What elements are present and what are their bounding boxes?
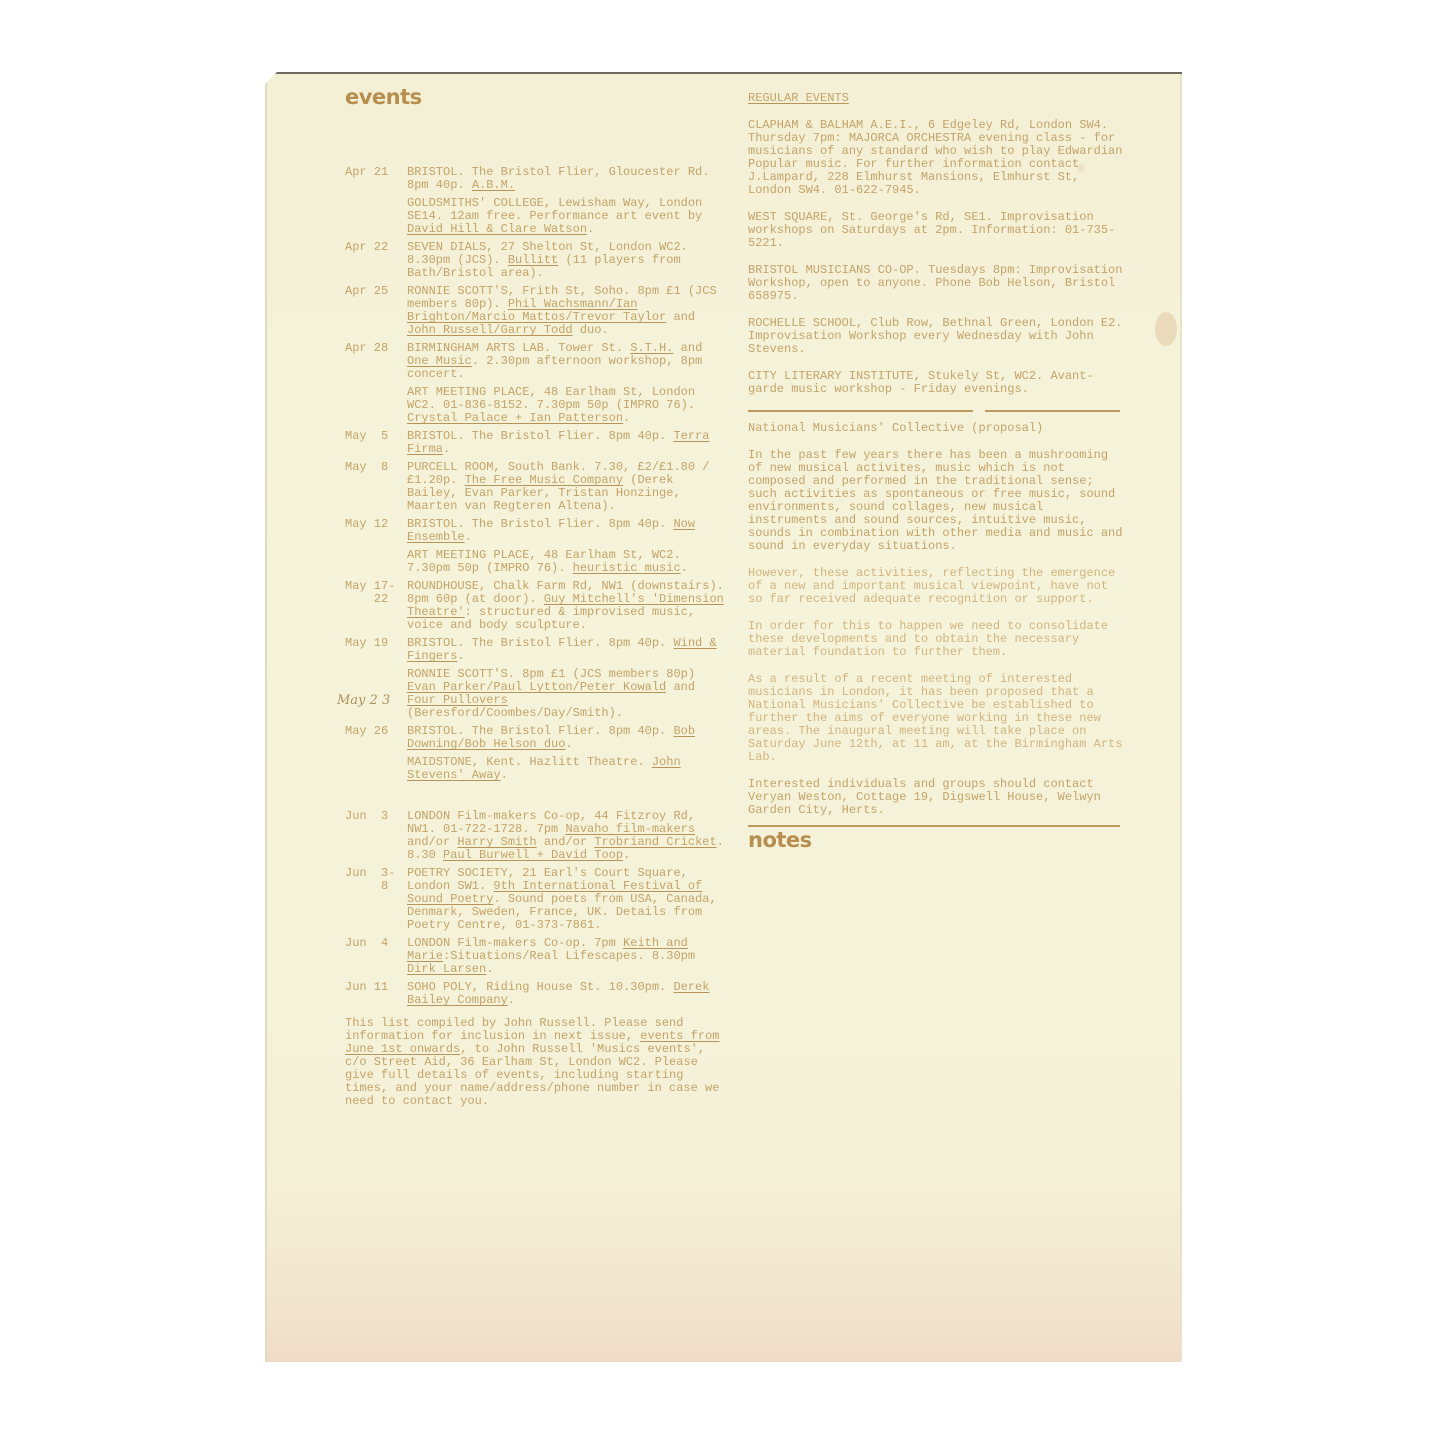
event-date: May 19	[345, 637, 407, 663]
event-date: Jun 4	[345, 937, 407, 976]
performer-name: John Russell/Garry Todd	[407, 323, 573, 337]
event-text: .	[565, 737, 572, 751]
event-text: (Beresford/Coombes/Day/Smith).	[407, 706, 623, 720]
performer-name: Dirk Larsen	[407, 962, 486, 976]
event-entry: Apr 25RONNIE SCOTT'S, Frith St, Soho. 8p…	[345, 285, 735, 337]
notes-divider	[748, 825, 1120, 827]
event-details: BRISTOL. The Bristol Flier. 8pm 40p. Bob…	[407, 725, 727, 751]
event-text: BRISTOL. The Bristol Flier. 8pm 40p.	[407, 429, 673, 443]
event-date	[345, 386, 407, 425]
event-entry: May 8PURCELL ROOM, South Bank. 7.30, £2/…	[345, 461, 735, 513]
event-entry: MAIDSTONE, Kent. Hazlitt Theatre. John S…	[345, 756, 735, 782]
event-date	[345, 549, 407, 575]
event-details: ART MEETING PLACE, 48 Earlham St, London…	[407, 386, 727, 425]
events-heading: events	[345, 86, 735, 108]
event-text: ART MEETING PLACE, 48 Earlham St, London…	[407, 385, 695, 412]
event-text: duo.	[573, 323, 609, 337]
event-details: BRISTOL. The Bristol Flier. 8pm 40p. Now…	[407, 518, 727, 544]
event-text: .	[587, 222, 594, 236]
event-entry: May 2 3RONNIE SCOTT'S. 8pm £1 (JCS membe…	[345, 668, 735, 720]
performer-name: Trobriand Cricket	[594, 835, 716, 849]
event-details: PURCELL ROOM, South Bank. 7.30, £2/£1.80…	[407, 461, 727, 513]
performer-name: Crystal Palace + Ian Patterson	[407, 411, 623, 425]
event-text: .	[681, 561, 688, 575]
event-entry: Jun 3- 8POETRY SOCIETY, 21 Earl's Court …	[345, 867, 735, 932]
event-details: BIRMINGHAM ARTS LAB. Tower St. S.T.H. an…	[407, 342, 727, 381]
event-text: .	[465, 530, 472, 544]
event-details: MAIDSTONE, Kent. Hazlitt Theatre. John S…	[407, 756, 727, 782]
event-details: RONNIE SCOTT'S. 8pm £1 (JCS members 80p)…	[407, 668, 727, 720]
event-text: and	[666, 310, 695, 324]
event-date: May 8	[345, 461, 407, 513]
event-text: BIRMINGHAM ARTS LAB. Tower St.	[407, 341, 630, 355]
event-date: May 17- 22	[345, 580, 407, 632]
event-text: .	[508, 993, 515, 1007]
event-text: BRISTOL. The Bristol Flier. 8pm 40p.	[407, 636, 673, 650]
event-details: LONDON Film-makers Co-op, 44 Fitzroy Rd,…	[407, 810, 727, 862]
event-text: BRISTOL. The Bristol Flier. 8pm 40p.	[407, 724, 673, 738]
events-footer-note: This list compiled by John Russell. Plea…	[345, 1017, 725, 1108]
regular-event-item: CITY LITERARY INSTITUTE, Stukely St, WC2…	[748, 370, 1128, 396]
event-details: POETRY SOCIETY, 21 Earl's Court Square, …	[407, 867, 727, 932]
collective-title: National Musicians' Collective (proposal…	[748, 422, 1128, 435]
performer-name: heuristic music	[573, 561, 681, 575]
event-details: GOLDSMITHS' COLLEGE, Lewisham Way, Londo…	[407, 197, 727, 236]
notes-heading: notes	[748, 829, 1128, 851]
event-entry: GOLDSMITHS' COLLEGE, Lewisham Way, Londo…	[345, 197, 735, 236]
event-date: Apr 28	[345, 342, 407, 381]
event-entry: Apr 22SEVEN DIALS, 27 Shelton St, London…	[345, 241, 735, 280]
event-text: LONDON Film-makers Co-op. 7pm	[407, 936, 623, 950]
event-entry: Apr 28BIRMINGHAM ARTS LAB. Tower St. S.T…	[345, 342, 735, 381]
event-text: .	[623, 411, 630, 425]
event-entry: Jun 4LONDON Film-makers Co-op. 7pm Keith…	[345, 937, 735, 976]
event-date: May 2 3	[345, 668, 407, 720]
event-details: ROUNDHOUSE, Chalk Farm Rd, NW1 (downstai…	[407, 580, 727, 632]
event-text: and/or	[537, 835, 595, 849]
regular-event-item: CLAPHAM & BALHAM A.E.I., 6 Edgeley Rd, L…	[748, 119, 1128, 197]
handwritten-date: May 2 3	[337, 694, 390, 707]
event-text: GOLDSMITHS' COLLEGE, Lewisham Way, Londo…	[407, 196, 702, 223]
event-entry: Jun 3LONDON Film-makers Co-op, 44 Fitzro…	[345, 810, 735, 862]
event-entry: May 12BRISTOL. The Bristol Flier. 8pm 40…	[345, 518, 735, 544]
performer-name: Navaho film-makers	[565, 822, 695, 836]
performer-name: David Hill & Clare Watson	[407, 222, 587, 236]
event-text: .	[623, 848, 630, 862]
event-text: and/or	[407, 835, 457, 849]
event-text: MAIDSTONE, Kent. Hazlitt Theatre.	[407, 755, 652, 769]
event-date	[345, 197, 407, 236]
event-text: SOHO POLY, Riding House St. 10.30pm.	[407, 980, 673, 994]
event-entry: ART MEETING PLACE, 48 Earlham St, London…	[345, 386, 735, 425]
collective-paragraph: In the past few years there has been a m…	[748, 449, 1128, 553]
event-text: and	[666, 680, 695, 694]
performer-name: Four Pullovers	[407, 693, 508, 707]
event-entry: Jun 11SOHO POLY, Riding House St. 10.30p…	[345, 981, 735, 1007]
collective-paragraph: Interested individuals and groups should…	[748, 778, 1128, 817]
event-text: .	[443, 442, 450, 456]
collective-proposal-text: In the past few years there has been a m…	[748, 449, 1128, 817]
event-date	[345, 756, 407, 782]
event-entry: ART MEETING PLACE, 48 Earlham St, WC2. 7…	[345, 549, 735, 575]
event-text: and	[673, 341, 702, 355]
event-text: .	[501, 768, 508, 782]
regular-event-item: WEST SQUARE, St. George's Rd, SE1. Impro…	[748, 211, 1128, 250]
performer-name: Harry Smith	[457, 835, 536, 849]
events-column: events Apr 21BRISTOL. The Bristol Flier,…	[345, 86, 735, 1108]
event-entry: May 5BRISTOL. The Bristol Flier. 8pm 40p…	[345, 430, 735, 456]
event-date: Jun 11	[345, 981, 407, 1007]
event-details: BRISTOL. The Bristol Flier, Gloucester R…	[407, 166, 727, 192]
collective-paragraph: In order for this to happen we need to c…	[748, 620, 1128, 659]
event-entry: May 19BRISTOL. The Bristol Flier. 8pm 40…	[345, 637, 735, 663]
event-date: Apr 22	[345, 241, 407, 280]
event-text: BRISTOL. The Bristol Flier. 8pm 40p.	[407, 517, 673, 531]
event-text: .	[486, 962, 493, 976]
event-details: SEVEN DIALS, 27 Shelton St, London WC2. …	[407, 241, 727, 280]
performer-name: Bullitt	[508, 253, 558, 267]
event-details: SOHO POLY, Riding House St. 10.30pm. Der…	[407, 981, 727, 1007]
performer-name: Paul Burwell + David Toop	[443, 848, 623, 862]
event-text: BRISTOL. The Bristol Flier, Gloucester R…	[407, 165, 709, 192]
event-date: Jun 3- 8	[345, 867, 407, 932]
events-list: Apr 21BRISTOL. The Bristol Flier, Glouce…	[345, 166, 735, 1007]
section-divider	[748, 410, 1128, 412]
regular-event-item: BRISTOL MUSICIANS CO-OP. Tuesdays 8pm: I…	[748, 264, 1128, 303]
performer-name: The Free Music Company	[465, 473, 623, 487]
performer-name: Evan Parker/Paul Lytton/Peter Kowald	[407, 680, 666, 694]
event-date: Apr 21	[345, 166, 407, 192]
event-details: BRISTOL. The Bristol Flier. 8pm 40p. Win…	[407, 637, 727, 663]
event-entry: May 26BRISTOL. The Bristol Flier. 8pm 40…	[345, 725, 735, 751]
event-details: RONNIE SCOTT'S, Frith St, Soho. 8pm £1 (…	[407, 285, 727, 337]
performer-name: One Music	[407, 354, 472, 368]
event-date: Jun 3	[345, 810, 407, 862]
performer-name: A.B.M.	[472, 178, 515, 192]
regular-events-heading: REGULAR EVENTS	[748, 92, 849, 105]
event-details: LONDON Film-makers Co-op. 7pm Keith and …	[407, 937, 727, 976]
event-text: RONNIE SCOTT'S. 8pm £1 (JCS members 80p)	[407, 667, 695, 681]
event-entry: Apr 21BRISTOL. The Bristol Flier, Glouce…	[345, 166, 735, 192]
collective-paragraph: As a result of a recent meeting of inter…	[748, 673, 1128, 764]
right-column: REGULAR EVENTS CLAPHAM & BALHAM A.E.I., …	[748, 92, 1128, 851]
event-date: May 5	[345, 430, 407, 456]
event-text: This list compiled by John Russell. Plea…	[345, 1016, 683, 1043]
regular-events-list: CLAPHAM & BALHAM A.E.I., 6 Edgeley Rd, L…	[748, 119, 1128, 396]
regular-event-item: ROCHELLE SCHOOL, Club Row, Bethnal Green…	[748, 317, 1128, 356]
event-date: May 12	[345, 518, 407, 544]
collective-paragraph: However, these activities, reflecting th…	[748, 567, 1128, 606]
event-text: :Situations/Real Lifescapes. 8.30pm	[443, 949, 695, 963]
performer-name: S.T.H.	[630, 341, 673, 355]
event-details: ART MEETING PLACE, 48 Earlham St, WC2. 7…	[407, 549, 727, 575]
event-entry: May 17- 22ROUNDHOUSE, Chalk Farm Rd, NW1…	[345, 580, 735, 632]
paper-stain	[1155, 312, 1177, 346]
event-details: BRISTOL. The Bristol Flier. 8pm 40p. Ter…	[407, 430, 727, 456]
event-date: May 26	[345, 725, 407, 751]
event-date: Apr 25	[345, 285, 407, 337]
event-text: .	[457, 649, 464, 663]
